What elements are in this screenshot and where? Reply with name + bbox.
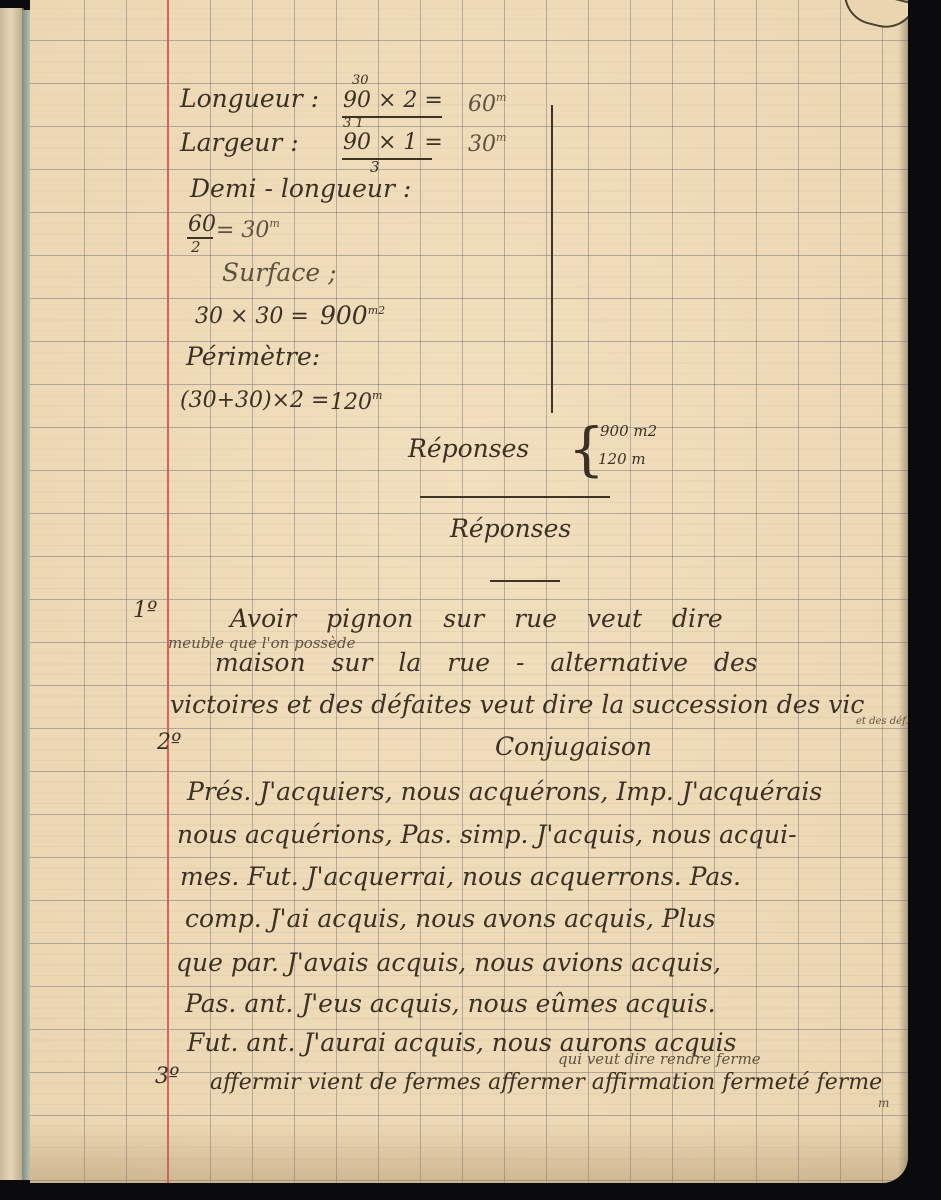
largeur-label: Largeur :: [180, 130, 299, 155]
surface-expression: 30 × 30 =: [195, 306, 309, 328]
answer-2-title: Conjugaison: [495, 734, 652, 759]
demi-longueur-denominator: 2: [191, 240, 201, 255]
longueur-label: Longueur :: [180, 86, 319, 111]
surface-label: Surface ;: [222, 260, 337, 285]
heading-underline: [490, 580, 560, 582]
perimetre-label: Périmètre:: [186, 344, 320, 369]
answer-1-line-2: maison sur la rue - alternative des: [215, 650, 758, 675]
answer-3-line-1: affermir vient de fermes affermer affirm…: [210, 1072, 882, 1094]
conjugation-line-2: nous acquérions, Pas. simp. J'acquis, no…: [177, 822, 797, 847]
answer-3-corner-note: m: [878, 1097, 889, 1109]
largeur-correction: 3 1: [343, 117, 364, 130]
answer-label: Réponses: [408, 436, 529, 461]
page-stain: [30, 1123, 908, 1183]
largeur-result: 30m: [468, 134, 506, 156]
perimetre-expression: (30+30)×2 =: [180, 390, 329, 412]
conjugation-line-1: Prés. J'acquiers, nous acquérons, Imp. J…: [187, 779, 822, 804]
previous-page-edge: [0, 8, 24, 1180]
answer-value-perimeter: 120 m: [598, 452, 646, 467]
answer-1-margin-note: et des déf.: [856, 717, 908, 727]
answer-3-annotation: qui veut dire rendre ferme: [558, 1052, 761, 1067]
longueur-result: 60m: [468, 94, 506, 116]
conjugation-line-5: que par. J'avais acquis, nous avions acq…: [176, 950, 721, 975]
answer-1-number: 1º: [133, 600, 157, 622]
section-heading: Réponses: [450, 516, 571, 541]
largeur-expression: 90 × 1 =: [343, 132, 443, 154]
longueur-correction: 30: [352, 74, 369, 87]
conjugation-line-4: comp. J'ai acquis, nous avons acquis, Pl…: [185, 906, 716, 931]
demi-longueur-label: Demi - longueur :: [190, 176, 411, 201]
answer-value-surface: 900 m2: [600, 424, 657, 439]
section-divider: [420, 496, 610, 498]
perimetre-result: 120m: [330, 392, 382, 414]
conjugation-line-6: Pas. ant. J'eus acquis, nous eûmes acqui…: [185, 991, 716, 1016]
longueur-expression: 90 × 2 =: [343, 90, 443, 112]
conjugation-line-3: mes. Fut. J'acquerrai, nous acquerrons. …: [180, 864, 741, 889]
largeur-denominator: 3: [370, 160, 380, 175]
red-margin-line: [167, 0, 169, 1183]
answer-1-line-3: victoires et des défaites veut dire la s…: [170, 692, 864, 717]
answer-2-number: 2º: [157, 732, 181, 754]
calculation-divider: [551, 105, 553, 413]
answer-3-number: 3º: [155, 1066, 179, 1088]
largeur-underline: [342, 158, 432, 160]
demi-longueur-result: = 30m: [216, 220, 280, 242]
answer-1-line-1: Avoir pignon sur rue veut dire: [230, 606, 723, 631]
surface-result: 900m2: [320, 303, 385, 328]
notebook-page: Longueur : 30 90 × 2 = 60m Largeur : 3 1…: [30, 0, 908, 1183]
demi-longueur-numerator: 60: [188, 214, 216, 236]
page-right-edge: [898, 0, 908, 1183]
